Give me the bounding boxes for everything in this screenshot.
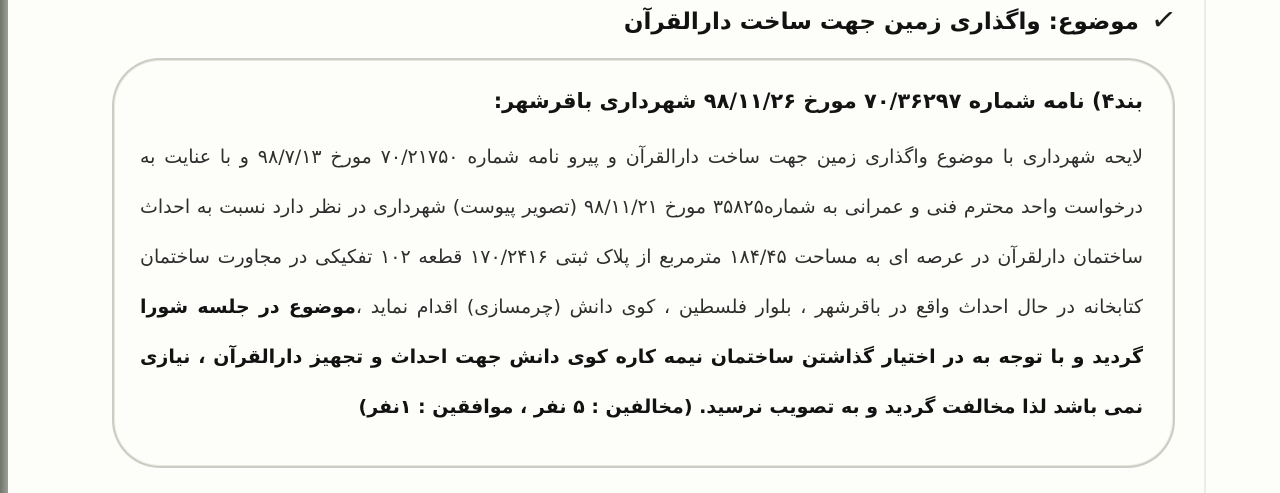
notice-body: لایحه شهرداری با موضوع واگذاری زمین جهت … <box>114 116 1173 432</box>
notice-line-bold-text: نمی باشد لذا مخالفت گردید و به تصویب نرس… <box>359 396 1143 418</box>
checkmark-icon: ✓ <box>1148 1 1178 40</box>
notice-line: کتابخانه در حال احداث واقع در باقرشهر ، … <box>140 282 1143 332</box>
document-page: ✓ موضوع: واگذاری زمین جهت ساخت دارالقرآن… <box>0 0 1280 493</box>
notice-line: ساختمان دارلقرآن در عرصه ای به مساحت ۱۸۴… <box>140 232 1143 282</box>
scan-edge-strip <box>0 0 8 493</box>
notice-line: گردید و با توجه به در اختیار گذاشتن ساخت… <box>140 332 1143 382</box>
subject-text: موضوع: واگذاری زمین جهت ساخت دارالقرآن <box>624 3 1139 41</box>
scan-crease-line <box>1204 0 1206 493</box>
notice-line-text: لایحه شهرداری با موضوع واگذاری زمین جهت … <box>140 146 1143 168</box>
notice-line: نمی باشد لذا مخالفت گردید و به تصویب نرس… <box>140 382 1143 432</box>
notice-line: لایحه شهرداری با موضوع واگذاری زمین جهت … <box>140 132 1143 182</box>
notice-line-text: کتابخانه در حال احداث واقع در باقرشهر ، … <box>356 296 1143 318</box>
notice-line: درخواست واحد محترم فنی و عمرانی به شماره… <box>140 182 1143 232</box>
subject-line: ✓ موضوع: واگذاری زمین جهت ساخت دارالقرآن <box>624 3 1176 41</box>
notice-line-bold-text: گردید و با توجه به در اختیار گذاشتن ساخت… <box>140 346 1143 382</box>
notice-heading: بند۴) نامه شماره ۷۰/۳۶۲۹۷ مورخ ۹۸/۱۱/۲۶ … <box>114 60 1173 116</box>
notice-box: بند۴) نامه شماره ۷۰/۳۶۲۹۷ مورخ ۹۸/۱۱/۲۶ … <box>112 58 1175 468</box>
notice-line-text: درخواست واحد محترم فنی و عمرانی به شماره… <box>140 196 1143 218</box>
notice-line-text: ساختمان دارلقرآن در عرصه ای به مساحت ۱۸۴… <box>140 246 1143 268</box>
